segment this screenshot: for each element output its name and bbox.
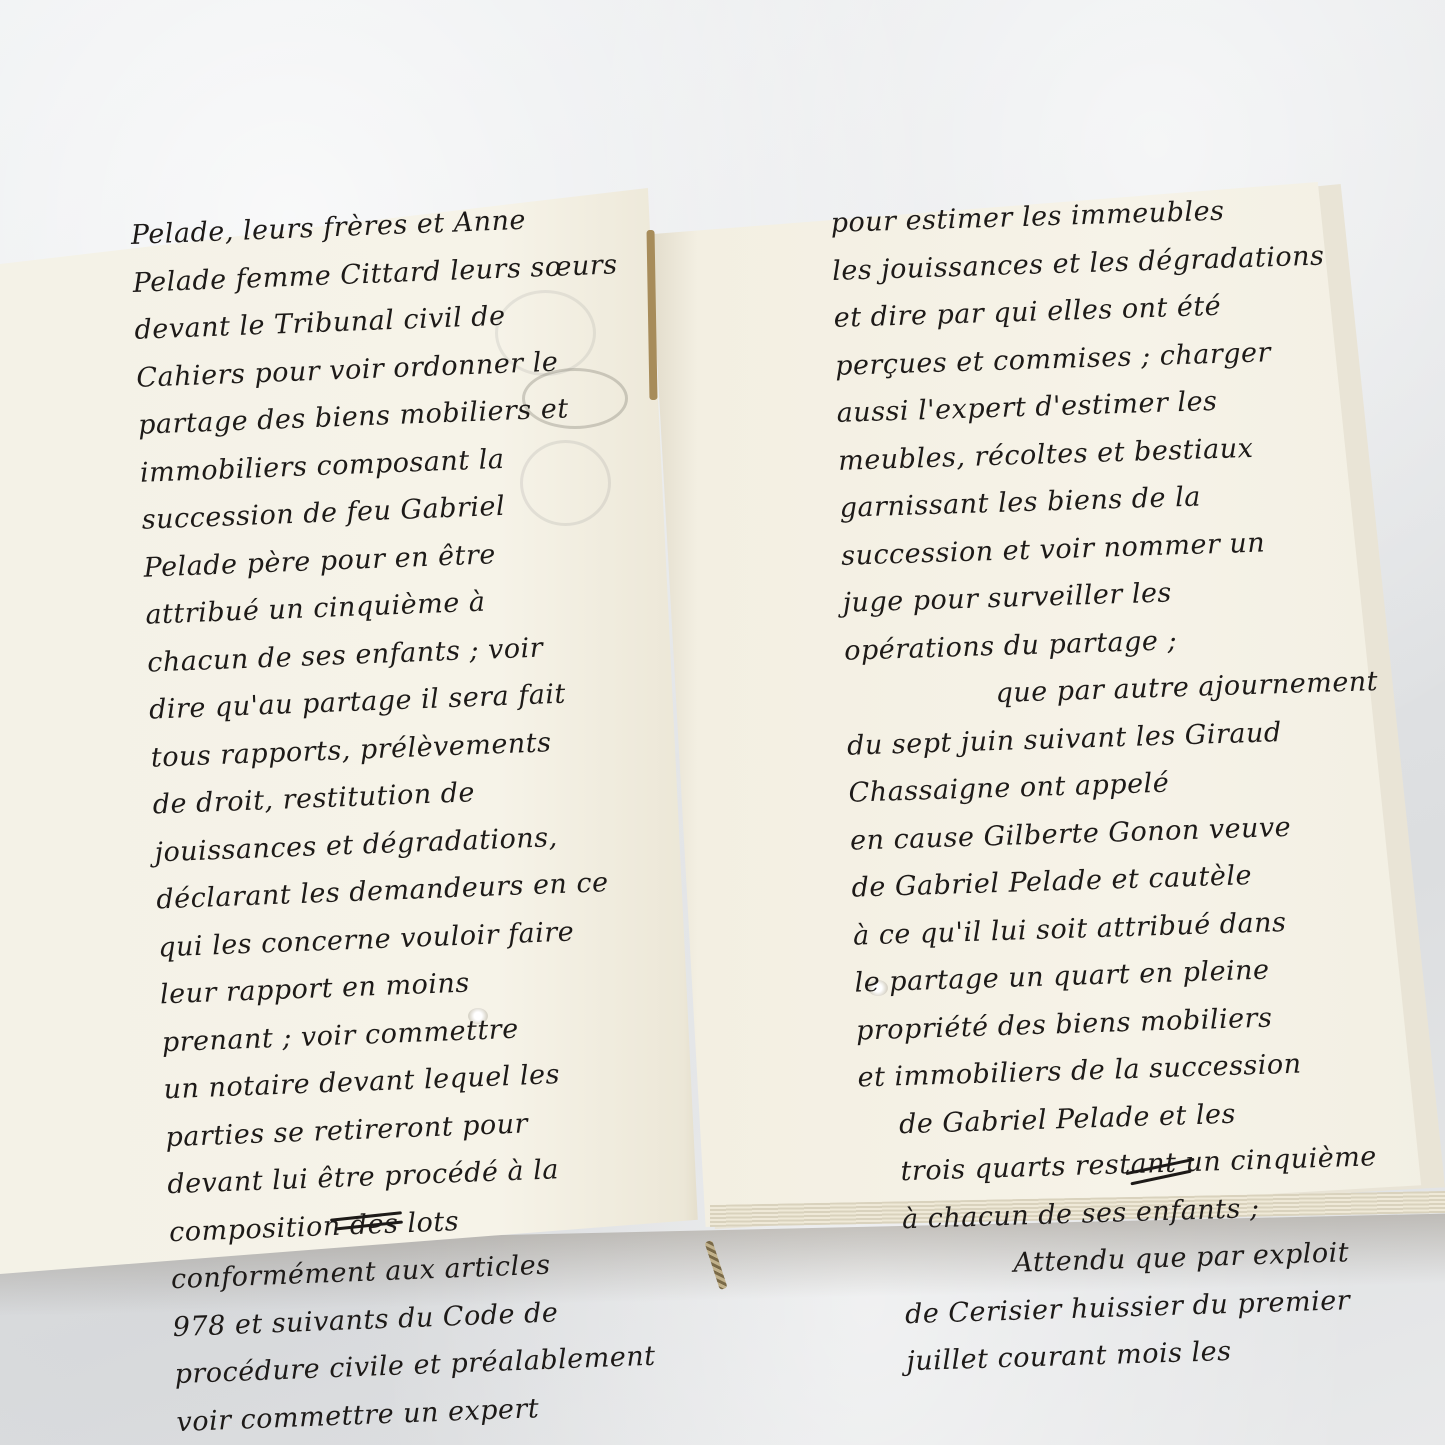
- right-page-text: pour estimer les immeubles les jouissanc…: [830, 183, 1400, 1387]
- left-page-text: Pelade, leurs frères et Anne Pelade femm…: [130, 193, 662, 1445]
